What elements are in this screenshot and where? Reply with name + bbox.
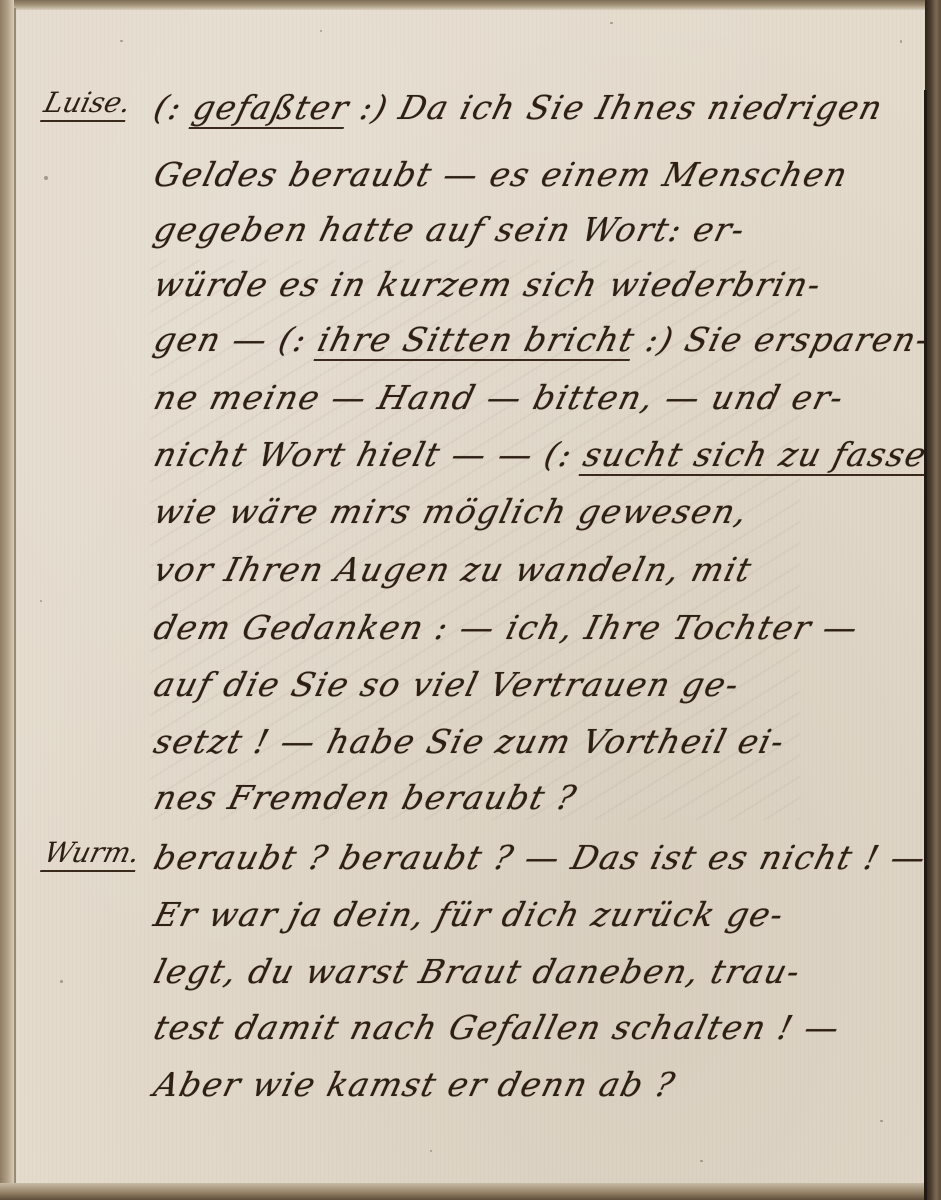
page-top-edge <box>0 0 925 10</box>
paper-speck <box>610 22 613 24</box>
stage-direction: sucht sich zu fassen <box>579 435 941 476</box>
speaker-label-luise: Luise. <box>40 88 134 122</box>
line-text: gen <box>150 320 226 359</box>
page-fold-line <box>14 8 16 1183</box>
manuscript-page: Luise. Wurm. (: gefaßter :) Da ich Sie I… <box>0 0 925 1188</box>
manuscript-line-16: legt, du warst Braut daneben, trau- <box>150 952 805 991</box>
manuscript-line-13: nes Fremden beraubt ? <box>150 778 581 817</box>
manuscript-line-17: test damit nach Gefallen schalten ! — <box>150 1008 845 1047</box>
book-binding-edge <box>925 0 941 1200</box>
manuscript-line-7: nicht Wort hielt — — (: sucht sich zu fa… <box>150 435 941 474</box>
page-bottom-edge <box>0 1183 925 1200</box>
binding-gap-shadow <box>924 90 927 1200</box>
speaker-label-wurm: Wurm. <box>40 838 143 872</box>
manuscript-line-10: dem Gedanken : — ich, Ihre Tochter — <box>150 608 863 647</box>
paper-speck <box>880 1120 883 1122</box>
manuscript-line-4: würde es in kurzem sich wiederbrin- <box>150 265 826 304</box>
line-text: nicht Wort hielt — — (: <box>150 435 589 474</box>
stage-direction: gefaßter <box>188 88 353 129</box>
manuscript-line-1: (: gefaßter :) Da ich Sie Ihnes niedrige… <box>150 88 888 127</box>
line-text: — (: <box>228 320 323 359</box>
line-text: :) Sie ersparen- <box>630 320 934 359</box>
manuscript-line-8: wie wäre mirs möglich gewesen, <box>150 492 753 531</box>
paper-speck <box>40 600 42 602</box>
paper-speck <box>60 980 63 983</box>
stage-direction: ihre Sitten bricht <box>313 320 639 361</box>
paper-speck <box>700 1160 703 1162</box>
manuscript-line-2: Geldes beraubt — es einem Menschen <box>150 155 853 194</box>
manuscript-line-14: beraubt ? beraubt ? — Das ist es nicht !… <box>150 838 931 877</box>
paper-speck <box>320 30 322 32</box>
line-text: :) Da ich Sie Ihnes niedrigen <box>344 88 887 127</box>
page-left-edge <box>0 0 14 1188</box>
manuscript-line-18: Aber wie kamst er denn ab ? <box>150 1065 680 1104</box>
paper-speck <box>430 1150 432 1152</box>
manuscript-line-11: auf die Sie so viel Vertrauen ge- <box>150 665 744 704</box>
paper-speck <box>120 40 123 42</box>
manuscript-line-9: vor Ihren Augen zu wandeln, mit <box>150 550 757 589</box>
manuscript-line-12: setzt ! — habe Sie zum Vortheil ei- <box>150 722 789 761</box>
manuscript-line-15: Er war ja dein, für dich zurück ge- <box>150 895 789 934</box>
paper-speck <box>900 40 902 43</box>
manuscript-scan: Luise. Wurm. (: gefaßter :) Da ich Sie I… <box>0 0 941 1200</box>
paper-speck <box>44 176 48 180</box>
manuscript-line-5: gen — (: ihre Sitten bricht :) Sie erspa… <box>150 320 934 359</box>
manuscript-line-6: ne meine — Hand — bitten, — und er- <box>150 378 848 417</box>
manuscript-line-3: gegeben hatte auf sein Wort: er- <box>150 210 750 249</box>
